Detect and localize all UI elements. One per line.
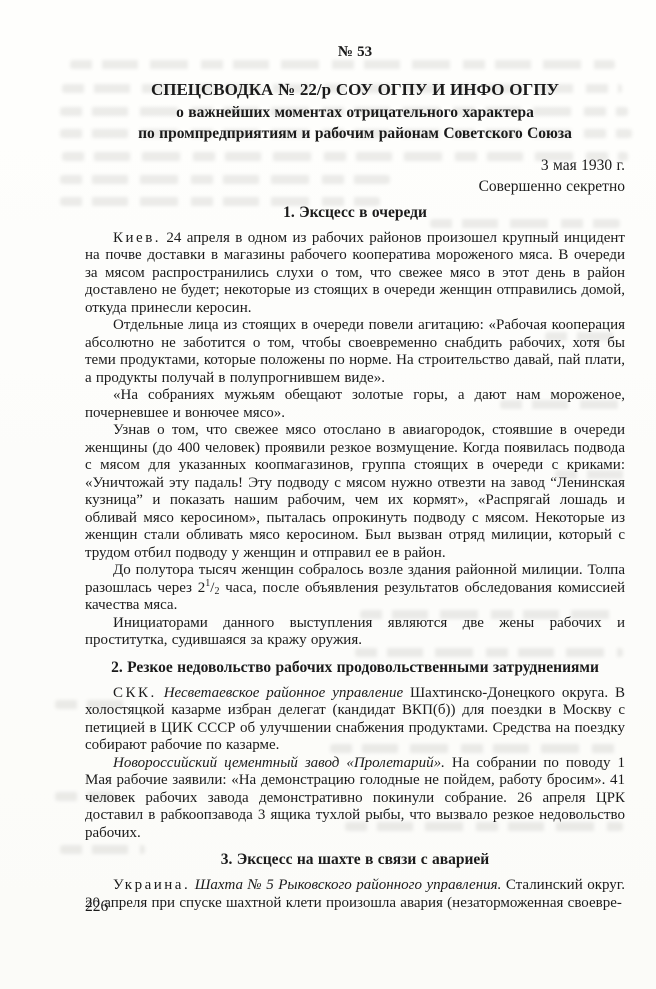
place-lead: Киев. bbox=[113, 230, 161, 246]
paragraph: Узнав о том, что свежее мясо отослано в … bbox=[85, 422, 625, 562]
paragraph-text: 24 апреля в одном из рабочих районов про… bbox=[85, 230, 625, 316]
org-name-italic: Новороссийский цементный завод «Пролетар… bbox=[113, 755, 445, 771]
section-heading-1: 1. Эксцесс в очереди bbox=[85, 204, 625, 222]
doc-subtitle-2: по промпредприятиям и рабочим районам Со… bbox=[85, 123, 625, 144]
doc-subtitle-1: о важнейших моментах отрицательного хара… bbox=[85, 102, 625, 123]
region-lead: Украина. bbox=[113, 877, 190, 893]
paragraph: Инициаторами данного выступления являютс… bbox=[85, 615, 625, 650]
doc-number: № 53 bbox=[85, 44, 625, 62]
doc-date: 3 мая 1930 г. bbox=[85, 155, 625, 176]
org-name-italic: Шахта № 5 Рыковского районного управлени… bbox=[195, 877, 502, 893]
doc-meta: 3 мая 1930 г. Совершенно секретно bbox=[85, 155, 625, 197]
paragraph: До полутора тысяч женщин собралось возле… bbox=[85, 562, 625, 615]
page-number: 226 bbox=[85, 898, 108, 916]
paragraph: СКК. Несветаевское районное управление Ш… bbox=[85, 685, 625, 755]
document-page: № 53 СПЕЦСВОДКА № 22/р СОУ ОГПУ И ИНФО О… bbox=[0, 0, 656, 989]
classification-label: Совершенно секретно bbox=[85, 176, 625, 197]
doc-title: СПЕЦСВОДКА № 22/р СОУ ОГПУ И ИНФО ОГПУ bbox=[85, 79, 625, 100]
org-name-italic: Несветаевское районное управление bbox=[164, 685, 403, 701]
document-body: № 53 СПЕЦСВОДКА № 22/р СОУ ОГПУ И ИНФО О… bbox=[85, 0, 625, 912]
paragraph: Киев. 24 апреля в одном из рабочих район… bbox=[85, 230, 625, 318]
section-heading-2: 2. Резкое недовольство рабочих продоволь… bbox=[85, 659, 625, 677]
section-heading-3: 3. Эксцесс на шахте в связи с аварией bbox=[85, 851, 625, 869]
paragraph: Отдельные лица из стоящих в очереди пове… bbox=[85, 317, 625, 387]
paragraph: Новороссийский цементный завод «Пролетар… bbox=[85, 755, 625, 843]
paragraph: «На собраниях мужьям обещают золотые гор… bbox=[85, 387, 625, 422]
paragraph: Украина. Шахта № 5 Рыковского районного … bbox=[85, 877, 625, 912]
region-lead: СКК. bbox=[113, 685, 157, 701]
